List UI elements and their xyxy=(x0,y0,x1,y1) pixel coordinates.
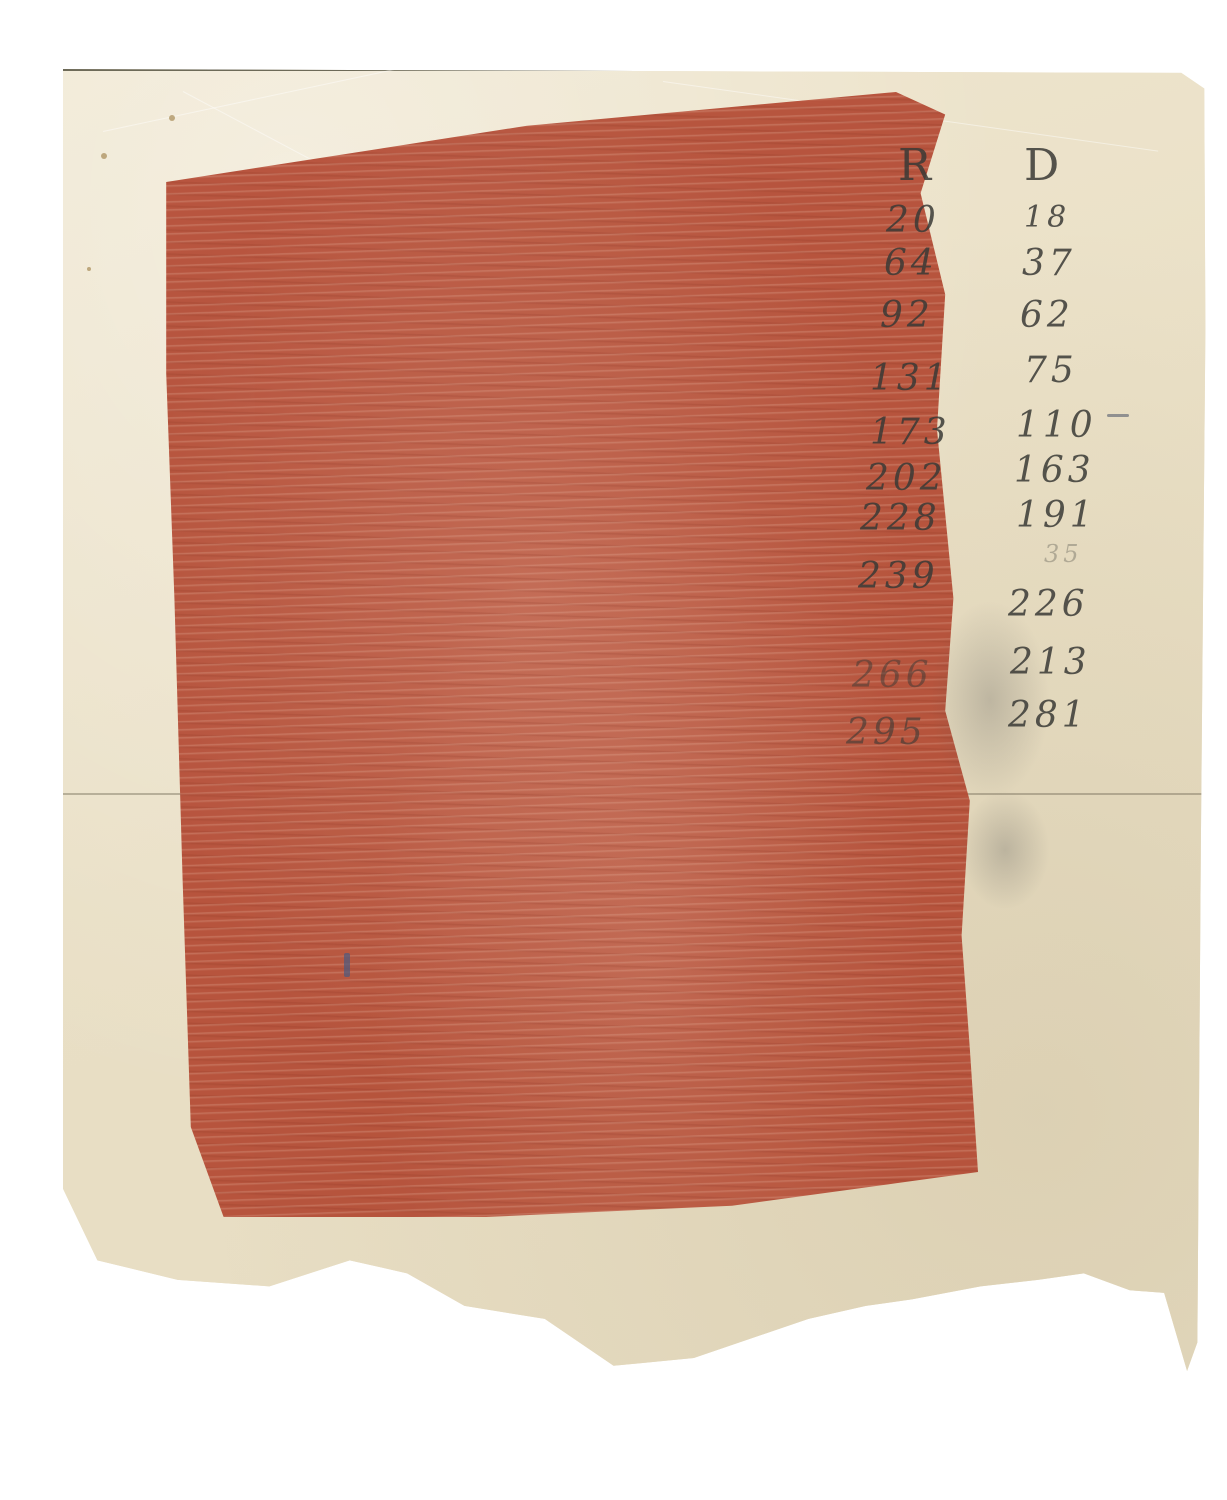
d-value: 110 xyxy=(1016,405,1097,446)
r-value: 202 xyxy=(866,458,947,499)
paper-crease xyxy=(103,44,514,132)
d-value: 75 xyxy=(1024,350,1078,391)
d-column-header: D xyxy=(1024,140,1063,191)
pencil-smudge xyxy=(960,790,1050,910)
r-value: 228 xyxy=(860,498,941,539)
r-value: 92 xyxy=(880,295,934,336)
d-value: 281 xyxy=(1008,695,1089,736)
d-value-faint: 35 xyxy=(1044,540,1083,568)
paper-crease xyxy=(63,1271,292,1374)
r-column-header: R xyxy=(898,140,935,191)
r-value: 295 xyxy=(846,712,927,753)
r-value: 239 xyxy=(858,556,939,597)
r-value: 173 xyxy=(870,412,951,453)
d-value: 62 xyxy=(1020,295,1074,336)
paper-stain xyxy=(101,153,107,159)
d-value: 213 xyxy=(1010,642,1091,683)
r-value: 266 xyxy=(852,655,933,696)
r-value: 131 xyxy=(870,358,951,399)
d-value: 163 xyxy=(1014,450,1095,491)
r-value: 20 xyxy=(886,200,940,241)
paper-stain xyxy=(169,115,175,121)
d-value: 18 xyxy=(1024,200,1070,235)
d-value: 226 xyxy=(1008,584,1089,625)
pencil-dash-mark xyxy=(1107,414,1129,417)
pencil-cross-mark xyxy=(344,953,350,977)
d-value: 191 xyxy=(1016,495,1097,536)
d-value: 37 xyxy=(1022,243,1076,284)
r-value: 64 xyxy=(884,243,938,284)
paper-stain xyxy=(87,267,91,271)
